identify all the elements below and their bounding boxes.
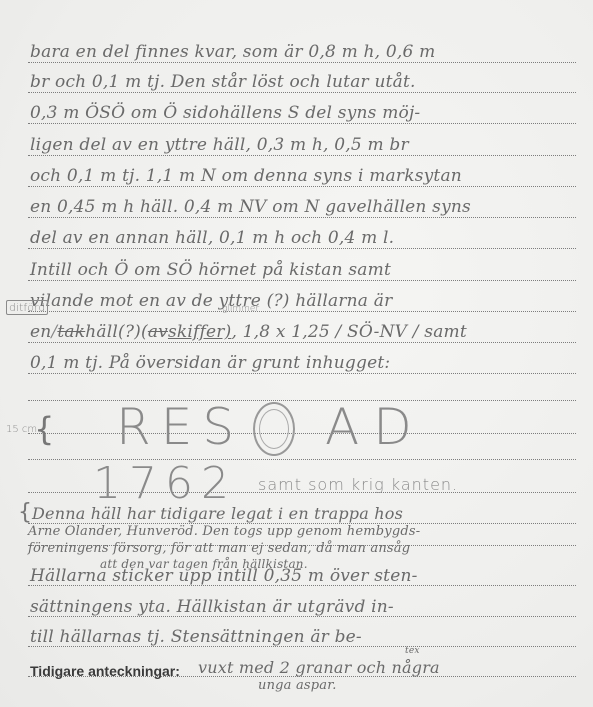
inscription-year: 1762 [93,458,237,509]
superscript-note: glimmer [222,304,259,314]
inscription-letters: AD [325,398,426,456]
ruled-line [28,217,576,218]
text-line: en 0,45 m h häll. 0,4 m NV om N gavelhäl… [30,197,471,217]
ruled-line [28,342,576,343]
field-value: vuxt med 2 granar och några [198,658,440,677]
ruled-line [28,92,576,93]
ruled-line [28,400,576,401]
text-line-edited: en/takhäll(?)(avskiffer), 1,8 x 1,25 / S… [30,322,467,342]
text-line: ligen del av en yttre häll, 0,3 m h, 0,5… [30,135,409,155]
ring-letter-icon [253,402,295,456]
ruled-line [28,186,576,187]
ruled-line [28,248,576,249]
text-line: Intill och Ö om SÖ hörnet på kistan samt [30,260,391,280]
field-value-continuation: unga aspar. [258,678,337,693]
text-line: br och 0,1 m tj. Den står löst och lutar… [30,72,416,92]
text-line: 0,1 m tj. På översidan är grunt inhugget… [30,353,390,373]
text-line: bara en del finnes kvar, som är 0,8 m h,… [30,42,435,62]
paren: ( [141,322,148,342]
note-line: föreningens försorg, för att man ej seda… [28,541,410,556]
brace-icon: { [34,410,54,448]
ruled-line [28,62,576,63]
word: häll [85,322,118,342]
inscription-note: samt som krig kanten. [258,475,458,494]
brace-icon: { [18,500,32,525]
ruled-line [28,433,576,434]
field-label: Tidigare anteckningar: [30,663,180,679]
margin-note: ditförd [6,300,48,315]
question: (?) [118,322,141,342]
ruled-line [28,155,576,156]
ruled-line [28,123,576,124]
text-line: sättningens yta. Hällkistan är utgrävd i… [30,597,394,617]
text-line: Hällarna sticker upp intill 0,35 m över … [30,566,418,586]
ruled-line [28,311,576,312]
note-line: Arne Olander, Hunveröd. Den togs upp gen… [28,524,420,539]
text-line: och 0,1 m tj. 1,1 m N om denna syns i ma… [30,166,462,186]
struck-word: av [148,322,168,342]
ruled-line [28,280,576,281]
text-line: till hällarnas tj. Stensättningen är be- [30,627,362,647]
note-line: Denna häll har tidigare legat i en trapp… [32,504,403,523]
document-page: bara en del finnes kvar, som är 0,8 m h,… [0,0,593,707]
text-line: 0,3 m ÖSÖ om Ö sidohällens S del syns mö… [30,103,420,123]
text: , 1,8 x 1,25 / SÖ-NV / samt [231,322,466,342]
superscript-note: tex [405,646,420,656]
inscription-letters: RES [116,398,244,456]
word: en [30,322,51,342]
ruled-line [28,373,576,374]
underlined-word: skiffer) [168,322,231,342]
text-line: del av en annan häll, 0,1 m h och 0,4 m … [30,228,394,248]
struck-word: tak [57,322,85,342]
text-line: vilande mot en av de yttre (?) hällarna … [30,291,392,311]
size-note: 15 cm [6,424,37,435]
